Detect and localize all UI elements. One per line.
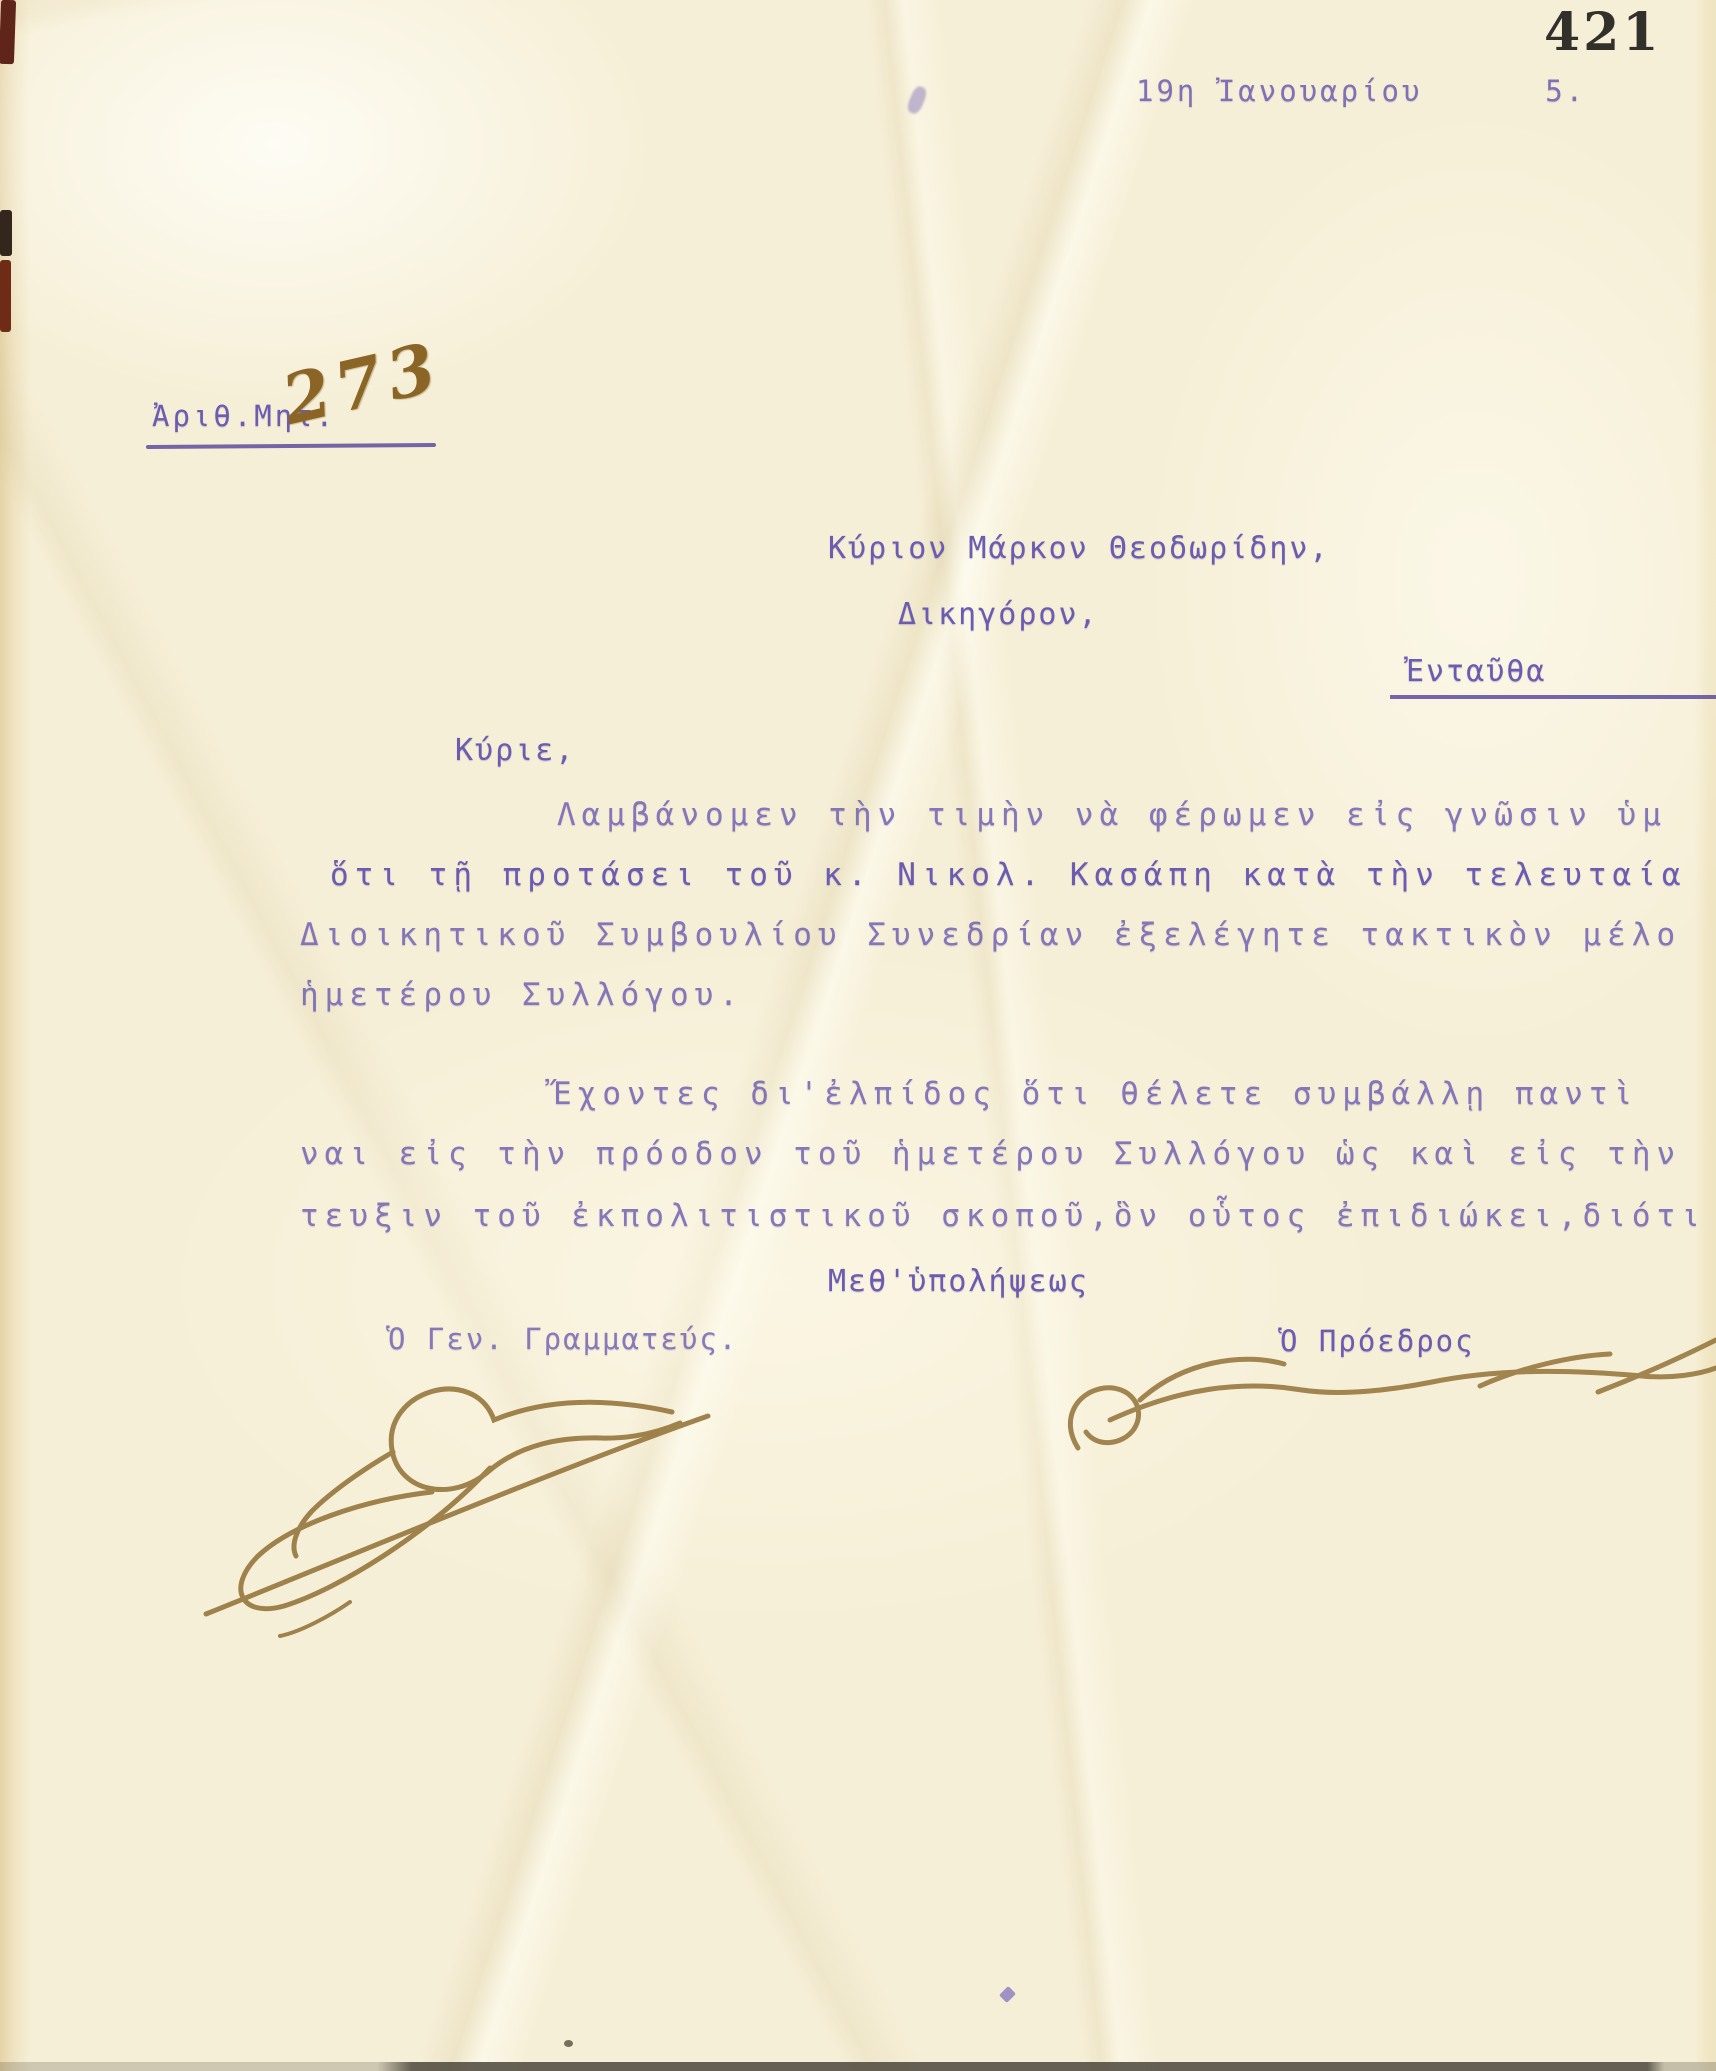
ink-speck-bottom xyxy=(999,1986,1016,2003)
signatures-ink-layer xyxy=(0,0,1716,2071)
recipient-title: Δικηγόρον, xyxy=(898,597,1099,632)
recipient-place: Ἐνταῦθα xyxy=(1390,654,1546,689)
body-line-1: Λαμβάνομεν τὴν τιμὴν νὰ φέρωμεν εἰς γνῶσ… xyxy=(557,797,1667,833)
scanned-letter-page: 421 19η Ἰανουαρίου 5. Ἀριθ.Μητ. 273 Κύρι… xyxy=(0,0,1716,2071)
register-number-handwritten: 273 xyxy=(275,327,449,441)
president-label: Ὁ Πρόεδρος xyxy=(1280,1324,1475,1358)
secretary-label: Ὁ Γεν. Γραμματεύς. xyxy=(388,1322,738,1356)
body-line-7: τευξιν τοῦ ἐκπολιτιστικοῦ σκοποῦ,ὃν οὗτο… xyxy=(300,1198,1706,1234)
salutation: Κύριε, xyxy=(455,733,575,768)
body-line-4: ἡμετέρου Συλλόγου. xyxy=(300,977,744,1013)
binding-edge-mark-top xyxy=(0,0,16,64)
recipient-place-underlined: Ἐνταῦθα xyxy=(1390,654,1716,699)
binding-edge-mark-middle xyxy=(0,210,12,256)
recipient-name: Κύριον Μάρκον Θεοδωρίδην, xyxy=(828,531,1330,566)
page-number: 421 xyxy=(1544,2,1662,63)
closing-formula: Μεθ'ὑπολήψεως xyxy=(828,1264,1089,1299)
body-line-2: ὅτι τῇ προτάσει τοῦ κ. Νικολ. Κασάπη κατ… xyxy=(330,857,1687,893)
binding-edge-mark-lower xyxy=(0,260,11,332)
secretary-signature xyxy=(206,1389,708,1636)
page-bottom-edge-shadow xyxy=(0,2062,1716,2071)
body-line-6: ναι εἰς τὴν πρόοδον τοῦ ἡμετέρου Συλλόγο… xyxy=(300,1136,1681,1172)
body-line-5: Ἔχοντες δι'ἐλπίδος ὅτι θέλετε συμβάλλῃ π… xyxy=(553,1076,1638,1112)
dark-speck-bottom xyxy=(564,2040,573,2047)
ink-speck-top xyxy=(905,84,928,115)
date-line: 19η Ἰανουαρίου 5. xyxy=(1136,74,1586,108)
body-line-3: Διοικητικοῦ Συμβουλίου Συνεδρίαν ἐξελέγη… xyxy=(300,917,1681,953)
register-underline xyxy=(146,443,436,449)
